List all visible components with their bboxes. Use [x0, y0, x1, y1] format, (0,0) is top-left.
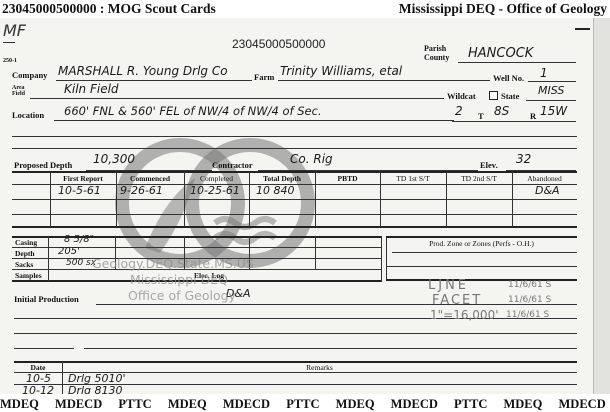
- scout-card: MF 23045000500000 250-1 Parish County HA…: [0, 18, 594, 394]
- contractor-value: Co. Rig: [290, 152, 333, 166]
- township-value: 8S: [494, 104, 509, 118]
- underline: [526, 100, 576, 101]
- footer-sponsors: MDEQ MDECD PTTC MDEQ MDECD PTTC MDEQ MDE…: [0, 396, 610, 412]
- divider: [14, 348, 74, 349]
- col-header-td-2nd: TD 2nd S/T: [446, 174, 512, 183]
- table-border: [12, 199, 577, 200]
- underline: [452, 121, 576, 122]
- col-header-date: Date: [14, 363, 62, 372]
- field-label: Field: [12, 91, 25, 97]
- pencil-note: 1"=16,000': [430, 308, 499, 322]
- col-header-td-1st: TD 1st S/T: [380, 174, 446, 183]
- sacks-label: Sacks: [15, 260, 33, 269]
- underline: [30, 98, 444, 99]
- header-title-right: Mississippi DEQ - Office of Geology: [399, 0, 607, 17]
- farm-label: Farm: [254, 72, 274, 82]
- divider: [84, 348, 577, 349]
- first-report-value: 10-5-61: [58, 184, 101, 197]
- total-depth-value: 10 840: [256, 184, 295, 197]
- range-label: R: [530, 111, 536, 121]
- col-header-pbtd: PBTD: [315, 174, 380, 183]
- footer-item: MDECD: [559, 397, 606, 411]
- company-value: MARSHALL R. Young Drlg Co: [58, 64, 228, 78]
- casing-value: 8 5/8": [64, 234, 94, 245]
- underline: [54, 120, 454, 121]
- corner-mark: MF: [3, 21, 26, 40]
- footer-item: PTTC: [286, 397, 319, 411]
- col-header-abandoned: Abandoned: [512, 174, 577, 183]
- parish-county-value: HANCOCK: [468, 46, 533, 61]
- proposed-depth-label: Proposed Depth: [14, 160, 72, 170]
- well-no-value: 1: [540, 66, 548, 80]
- table-border: [12, 226, 577, 228]
- pencil-note: LJNE: [428, 278, 469, 293]
- footer-item: MDEQ: [336, 397, 375, 411]
- footer-item: MDECD: [223, 397, 270, 411]
- underline: [96, 304, 577, 305]
- location-label: Location: [12, 110, 44, 120]
- scout-card-image: MF 23045000500000 250-1 Parish County HA…: [0, 18, 610, 394]
- farm-value: Trinity Williams, etal: [280, 64, 402, 78]
- elev-label: Elev.: [480, 160, 498, 170]
- divider: [12, 136, 577, 137]
- col-header-remarks: Remarks: [62, 363, 577, 372]
- underline: [278, 80, 490, 81]
- divider: [575, 28, 590, 30]
- underline: [458, 62, 576, 63]
- well-no-label: Well No.: [493, 73, 524, 83]
- col-header-total-depth: Total Depth: [249, 174, 315, 183]
- column-divider: [381, 236, 382, 281]
- pencil-note-date: 11/6/61 S: [508, 280, 551, 290]
- elev-value: 32: [516, 152, 531, 166]
- watermark-office: Office of Geology: [128, 288, 236, 303]
- table-border: [12, 214, 577, 215]
- underline: [528, 81, 576, 82]
- divider: [14, 333, 577, 334]
- api-number: 23045000500000: [232, 37, 325, 51]
- township-label: T: [478, 111, 484, 121]
- pencil-note-date: 11/6/61 S: [506, 310, 549, 320]
- divider: [3, 42, 15, 43]
- card-edge: [594, 18, 610, 394]
- col-header-first-report: First Report: [50, 174, 116, 183]
- header-title-left: 23045000500000 : MOG Scout Cards: [2, 0, 216, 17]
- remark-date: 10-12: [22, 384, 54, 394]
- footer-item: MDECD: [391, 397, 438, 411]
- footer-item: MDEQ: [503, 397, 542, 411]
- range-value: 15W: [540, 104, 567, 118]
- footer-item: PTTC: [454, 397, 487, 411]
- depth-label: Depth: [15, 249, 35, 258]
- wildcat-checkbox[interactable]: [489, 91, 498, 100]
- field-value: Kiln Field: [64, 82, 119, 96]
- state-label: State: [501, 91, 519, 101]
- form-number: 250-1: [3, 58, 17, 64]
- commenced-value: 9-26-61: [120, 184, 163, 197]
- company-label: Company: [12, 70, 47, 80]
- pencil-note-date: 11/6/61 S: [508, 295, 551, 305]
- depth-value: 205': [58, 246, 80, 257]
- prod-zone-label: Prod. Zone or Zones (Perfs - O.H.): [386, 239, 577, 248]
- col-header-completed: Completed: [184, 174, 249, 183]
- section-value: 2: [455, 104, 463, 118]
- abandoned-value: D&A: [535, 184, 560, 197]
- underline: [56, 80, 252, 81]
- completed-value: 10-25-61: [190, 184, 240, 197]
- column-divider: [315, 236, 316, 269]
- wildcat-label: Wildcat: [447, 91, 476, 101]
- contractor-label: Contractor: [212, 160, 253, 170]
- page-header: 23045000500000 : MOG Scout Cards Mississ…: [0, 0, 610, 17]
- divider: [392, 252, 577, 253]
- col-header-commenced: Commenced: [116, 174, 184, 183]
- footer-item: MDEQ: [0, 397, 39, 411]
- divider: [12, 148, 577, 149]
- watermark-url: Geology.DEQ.State.MS.US: [92, 256, 254, 271]
- samples-label: Samples: [15, 271, 42, 280]
- column-divider: [48, 236, 49, 281]
- footer-item: MDECD: [55, 397, 102, 411]
- parish-county-label: Parish County: [424, 44, 458, 62]
- proposed-depth-value: 10,300: [93, 152, 135, 166]
- footer-item: PTTC: [118, 397, 151, 411]
- divider: [386, 266, 577, 267]
- footer-item: MDEQ: [168, 397, 207, 411]
- state-value: MISS: [538, 84, 564, 97]
- casing-label: Casing: [15, 238, 37, 247]
- initial-production-label: Initial Production: [14, 294, 79, 304]
- location-value: 660' FNL & 560' FEL of NW/4 of NW/4 of S…: [64, 104, 322, 118]
- pencil-note: FACET: [432, 293, 482, 308]
- table-border: [12, 171, 577, 173]
- remark-text: Drlg 8130: [68, 384, 123, 394]
- watermark-agency: Mississippi DEQ: [130, 272, 228, 287]
